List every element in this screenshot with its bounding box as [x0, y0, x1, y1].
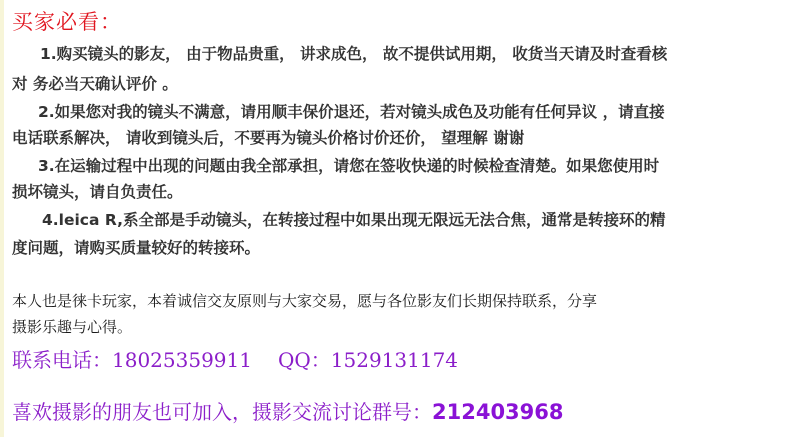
notice-page: 买家必看： 1.购买镜头的影友， 由于物品贵重， 讲求成色， 故不提供试用期， …: [0, 0, 790, 437]
group-label: 喜欢摄影的朋友也可加入，摄影交流讨论群号：: [12, 400, 432, 424]
rule-4-line-1: 4.leica R,系全部是手动镜头，在转接过程中如果出现无限远无法合焦，通常是…: [12, 206, 665, 234]
rule-1-text: 1.购买镜头的影友， 由于物品贵重， 讲求成色， 故不提供试用期， 收货当天请及…: [40, 45, 667, 63]
group-number: 212403968: [432, 400, 564, 424]
rule-1-line-2: 对 务必当天确认评价 。: [12, 70, 178, 98]
page-title: 买家必看：: [12, 6, 122, 36]
rule-3-line-2: 损坏镜头，请自负责任。: [12, 178, 183, 206]
phone-label: 联系电话：: [12, 348, 112, 372]
intro-line-2: 摄影乐趣与心得。: [12, 314, 132, 340]
rule-4-text: 4.leica R,系全部是手动镜头，在转接过程中如果出现无限远无法合焦，通常是…: [42, 211, 665, 229]
group-line: 喜欢摄影的朋友也可加入，摄影交流讨论群号：212403968: [12, 396, 564, 425]
phone-number: 18025359911: [112, 348, 252, 372]
rule-2-text: 2.如果您对我的镜头不满意，请用顺丰保价退还，若对镜头成色及功能有任何异议 ，请…: [38, 103, 665, 121]
rule-4-line-2: 度问题，请购买质量较好的转接环。: [12, 234, 260, 262]
rule-3-line-1: 3.在运输过程中出现的问题由我全部承担，请您在签收快递的时候检查清楚。如果您使用…: [12, 152, 659, 180]
rule-1-line-1: 1.购买镜头的影友， 由于物品贵重， 讲求成色， 故不提供试用期， 收货当天请及…: [12, 40, 667, 68]
rule-2-line-1: 2.如果您对我的镜头不满意，请用顺丰保价退还，若对镜头成色及功能有任何异议 ，请…: [12, 98, 665, 126]
qq-number: 1529131174: [331, 348, 458, 372]
rule-3-text: 3.在运输过程中出现的问题由我全部承担，请您在签收快递的时候检查清楚。如果您使用…: [38, 157, 659, 175]
intro-line-1: 本人也是徕卡玩家，本着诚信交友原则与大家交易，愿与各位影友们长期保持联系，分享: [12, 288, 597, 314]
contact-line: 联系电话：18025359911QQ：1529131174: [12, 344, 458, 373]
qq-label: QQ：: [278, 348, 331, 372]
rule-2-line-2: 电话联系解决， 请收到镜头后，不要再为镜头价格讨价还价， 望理解 谢谢: [12, 124, 524, 152]
